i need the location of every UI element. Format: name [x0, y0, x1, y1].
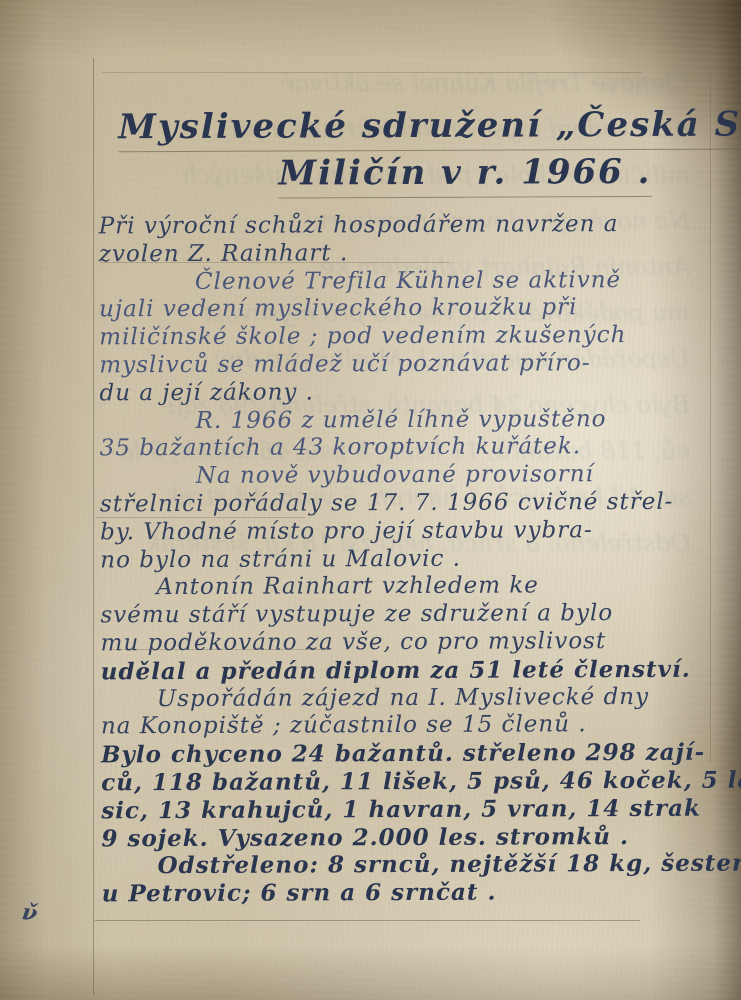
handwritten-line: u Petrovic; 6 srn a 6 srnčat . [102, 878, 718, 908]
title-text: Myslivecké sdružení „Česká Sibiř [118, 102, 741, 152]
handwritten-line: na Konopiště ; zúčastnilo se 15 členů . [101, 711, 717, 741]
handwritten-line: myslivců se mládež učí poznávat příro- [99, 350, 715, 380]
title-year-text: Miličín v r. 1966 . [278, 150, 651, 199]
handwritten-line: miličínské škole ; pod vedením zkušených [99, 322, 715, 352]
handwritten-line: no bylo na stráni u Malovic . [100, 544, 716, 574]
bottom-guideline [95, 920, 640, 921]
handwritten-line: 35 bažantích a 43 koroptvích kuřátek. [100, 433, 716, 463]
chronicle-page: Členové Trefila Kühnel se aktivně ujali … [0, 0, 741, 1000]
handwritten-line: mu poděkováno za vše, co pro myslivost [101, 628, 717, 658]
handwritten-line: Antonín Rainhart vzhledem ke [100, 572, 716, 602]
handwritten-line: by. Vhodné místo pro její stavbu vybra- [100, 516, 716, 546]
handwritten-line: svému stáří vystupuje ze sdružení a bylo [100, 600, 716, 630]
handwritten-text-block: Myslivecké sdružení „Česká Sibiř Miličín… [98, 103, 717, 909]
handwritten-line: 9 sojek. Vysazeno 2.000 les. stromků . [101, 822, 717, 852]
handwritten-line: Členové Trefila Kühnel se aktivně [99, 266, 715, 296]
handwritten-line: Odstřeleno: 8 srnců, nejtěžší 18 kg, šes… [102, 850, 718, 880]
handwritten-line: Na nově vybudované provisorní [100, 461, 716, 491]
handwritten-line: střelnici pořádaly se 17. 7. 1966 cvičné… [100, 489, 716, 519]
margin-checkmark: ν̌ [20, 899, 39, 927]
page-title-line1: Myslivecké sdružení „Česká Sibiř [98, 103, 714, 153]
left-margin-rule [93, 58, 94, 995]
handwritten-line: R. 1966 z umělé líhně vypuštěno [100, 405, 716, 435]
handwritten-line: Uspořádán zájezd na I. Myslivecké dny [101, 683, 717, 713]
handwritten-line: udělal a předán diplom za 51 leté členst… [101, 655, 717, 685]
body-text: Při výroční schůzi hospodářem navržen a … [99, 211, 718, 909]
handwritten-line: zvolen Z. Rainhart . [99, 238, 715, 268]
handwritten-line: ujali vedení mysliveckého kroužku při [99, 294, 715, 324]
handwritten-line: Při výroční schůzi hospodářem navržen a [99, 211, 715, 241]
handwritten-line: du a její zákony . [99, 377, 715, 407]
handwritten-line: sic, 13 krahujců, 1 havran, 5 vran, 14 s… [101, 794, 717, 824]
handwritten-line: Bylo chyceno 24 bažantů. střeleno 298 za… [101, 739, 717, 769]
page-title-line2: Miličín v r. 1966 . [98, 150, 714, 200]
handwritten-line: ců, 118 bažantů, 11 lišek, 5 psů, 46 koč… [101, 767, 717, 797]
pencil-guideline [102, 72, 642, 73]
